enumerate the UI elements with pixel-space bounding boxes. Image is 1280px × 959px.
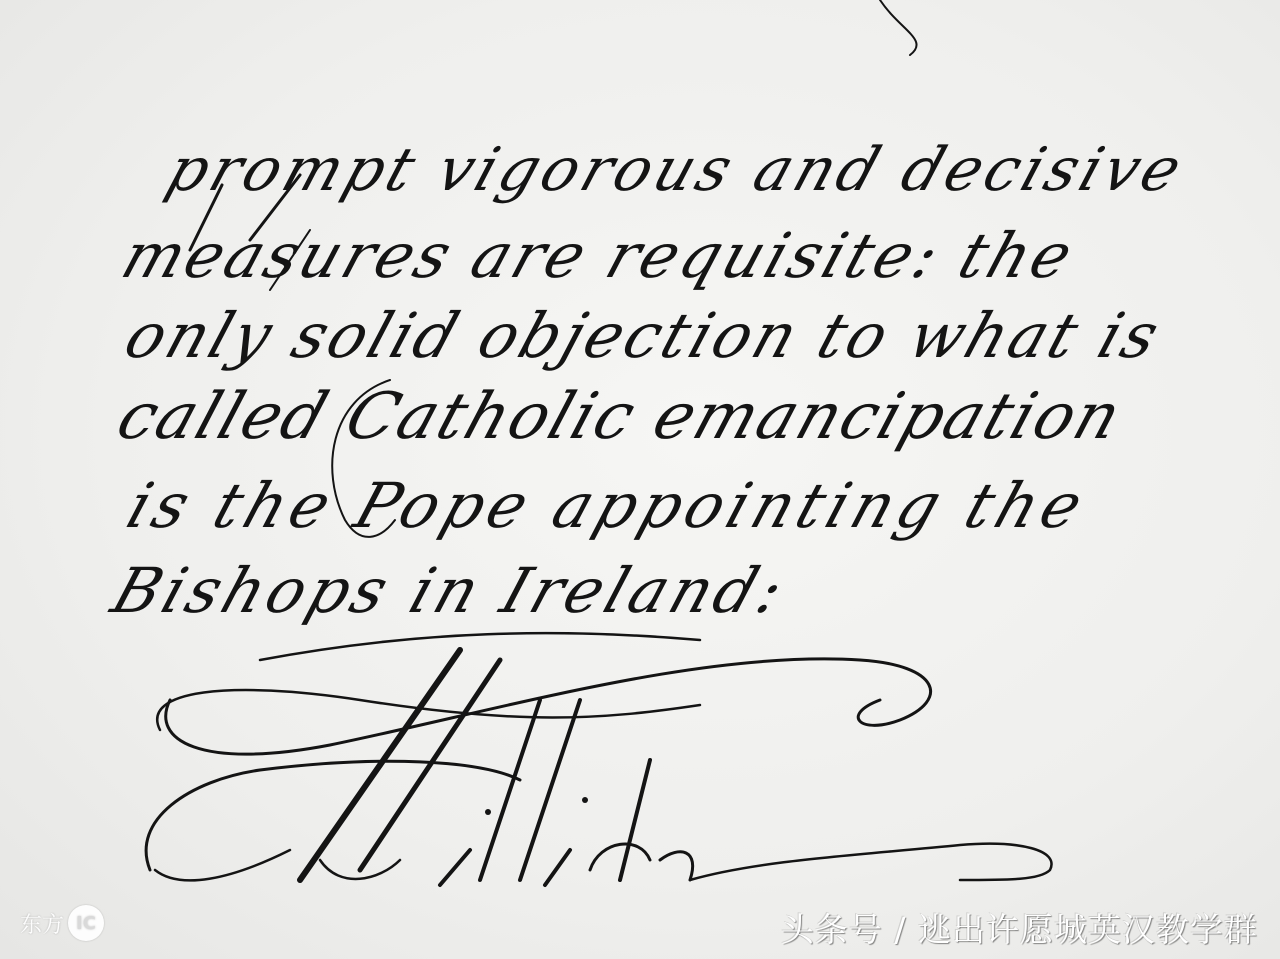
handwritten-line-4: called Catholic emancipation: [110, 385, 1130, 449]
handwritten-line-1: prompt vigorous and decisive: [160, 140, 1192, 200]
watermark-dongfang-ic: 东方 IC: [20, 905, 104, 941]
document-page: prompt vigorous and decisive measures ar…: [0, 0, 1280, 959]
handwritten-line-2: measures are requisite: the: [115, 225, 1082, 287]
ic-logo-icon: IC: [68, 905, 104, 941]
watermark-toutiao: 头条号 / 逃出许愿城英汉教学群: [781, 904, 1258, 951]
watermark-left-text: 东方: [20, 908, 64, 939]
handwritten-line-6: Bishops in Ireland:: [105, 560, 794, 622]
handwritten-line-5: is the Pope appointing the: [120, 475, 1094, 537]
handwritten-line-3: only solid objection to what is: [118, 305, 1169, 367]
